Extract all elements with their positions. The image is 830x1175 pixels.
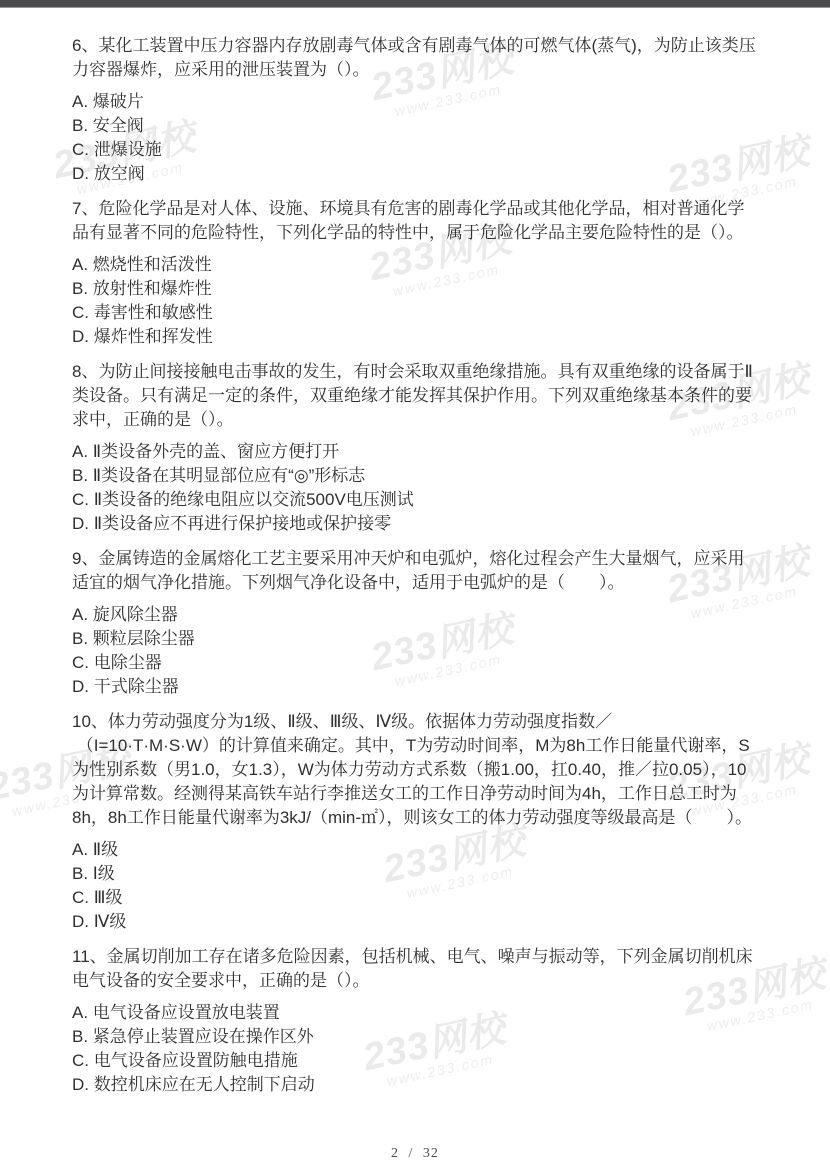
question-block-9: 9、金属铸造的金属熔化工艺主要采用冲天炉和电弧炉，熔化过程会产生大量烟气，应采用…	[72, 547, 758, 699]
option-line: D. Ⅱ类设备应不再进行保护接地或保护接零	[72, 512, 758, 536]
option-line: A. Ⅱ级	[72, 838, 758, 862]
option-line: B. Ⅱ类设备在其明显部位应有“◎”形标志	[72, 464, 758, 488]
option-line: C. Ⅲ级	[72, 886, 758, 910]
top-bar	[0, 0, 830, 8]
option-line: D. 数控机床应在无人控制下启动	[72, 1073, 758, 1097]
question-block-8: 8、为防止间接接触电击事故的发生，有时会采取双重绝缘措施。具有双重绝缘的设备属于…	[72, 360, 758, 536]
page-footer: 2 / 32	[0, 1146, 830, 1162]
option-list: A. 旋风除尘器 B. 颗粒层除尘器 C. 电除尘器 D. 干式除尘器	[72, 603, 758, 699]
question-text: 10、体力劳动强度分为1级、Ⅱ级、Ⅲ级、Ⅳ级。依据体力劳动强度指数／ （I=10…	[72, 710, 758, 830]
option-line: A. 燃烧性和活泼性	[72, 253, 758, 277]
question-block-10: 10、体力劳动强度分为1级、Ⅱ级、Ⅲ级、Ⅳ级。依据体力劳动强度指数／ （I=10…	[72, 710, 758, 934]
exam-page: 233网校www.233.com 233网校www.233.com 233网校w…	[0, 0, 830, 1175]
option-list: A. Ⅱ级 B. Ⅰ级 C. Ⅲ级 D. Ⅳ级	[72, 838, 758, 934]
option-line: A. 电气设备应设置放电装置	[72, 1001, 758, 1025]
option-list: A. 爆破片 B. 安全阀 C. 泄爆设施 D. 放空阀	[72, 90, 758, 186]
option-line: D. 放空阀	[72, 162, 758, 186]
option-line: C. 毒害性和敏感性	[72, 301, 758, 325]
question-block-7: 7、危险化学品是对人体、设施、环境具有危害的剧毒化学品或其他化学品，相对普通化学…	[72, 197, 758, 349]
question-text: 9、金属铸造的金属熔化工艺主要采用冲天炉和电弧炉，熔化过程会产生大量烟气，应采用…	[72, 547, 758, 595]
option-line: C. Ⅱ类设备的绝缘电阻应以交流500V电压测试	[72, 488, 758, 512]
option-line: B. 紧急停止装置应设在操作区外	[72, 1025, 758, 1049]
option-line: C. 泄爆设施	[72, 138, 758, 162]
question-text: 7、危险化学品是对人体、设施、环境具有危害的剧毒化学品或其他化学品，相对普通化学…	[72, 197, 758, 245]
option-line: B. 颗粒层除尘器	[72, 627, 758, 651]
question-list: 6、某化工装置中压力容器内存放剧毒气体或含有剧毒气体的可燃气体(蒸气)，为防止该…	[0, 0, 830, 1097]
option-line: B. 安全阀	[72, 114, 758, 138]
question-text: 8、为防止间接接触电击事故的发生，有时会采取双重绝缘措施。具有双重绝缘的设备属于…	[72, 360, 758, 432]
option-list: A. 电气设备应设置放电装置 B. 紧急停止装置应设在操作区外 C. 电气设备应…	[72, 1001, 758, 1097]
question-block-6: 6、某化工装置中压力容器内存放剧毒气体或含有剧毒气体的可燃气体(蒸气)，为防止该…	[72, 34, 758, 186]
option-line: B. 放射性和爆炸性	[72, 277, 758, 301]
option-line: B. Ⅰ级	[72, 862, 758, 886]
option-line: D. 干式除尘器	[72, 675, 758, 699]
option-line: C. 电气设备应设置防触电措施	[72, 1049, 758, 1073]
question-text: 11、金属切削加工存在诸多危险因素，包括机械、电气、噪声与振动等，下列金属切削机…	[72, 945, 758, 993]
option-line: D. 爆炸性和挥发性	[72, 325, 758, 349]
page-number: 2 / 32	[391, 1146, 439, 1161]
option-line: A. 旋风除尘器	[72, 603, 758, 627]
option-list: A. Ⅱ类设备外壳的盖、窗应方便打开 B. Ⅱ类设备在其明显部位应有“◎”形标志…	[72, 440, 758, 536]
question-text: 6、某化工装置中压力容器内存放剧毒气体或含有剧毒气体的可燃气体(蒸气)，为防止该…	[72, 34, 758, 82]
question-block-11: 11、金属切削加工存在诸多危险因素，包括机械、电气、噪声与振动等，下列金属切削机…	[72, 945, 758, 1097]
option-line: A. 爆破片	[72, 90, 758, 114]
option-line: D. Ⅳ级	[72, 910, 758, 934]
option-list: A. 燃烧性和活泼性 B. 放射性和爆炸性 C. 毒害性和敏感性 D. 爆炸性和…	[72, 253, 758, 349]
option-line: C. 电除尘器	[72, 651, 758, 675]
option-line: A. Ⅱ类设备外壳的盖、窗应方便打开	[72, 440, 758, 464]
